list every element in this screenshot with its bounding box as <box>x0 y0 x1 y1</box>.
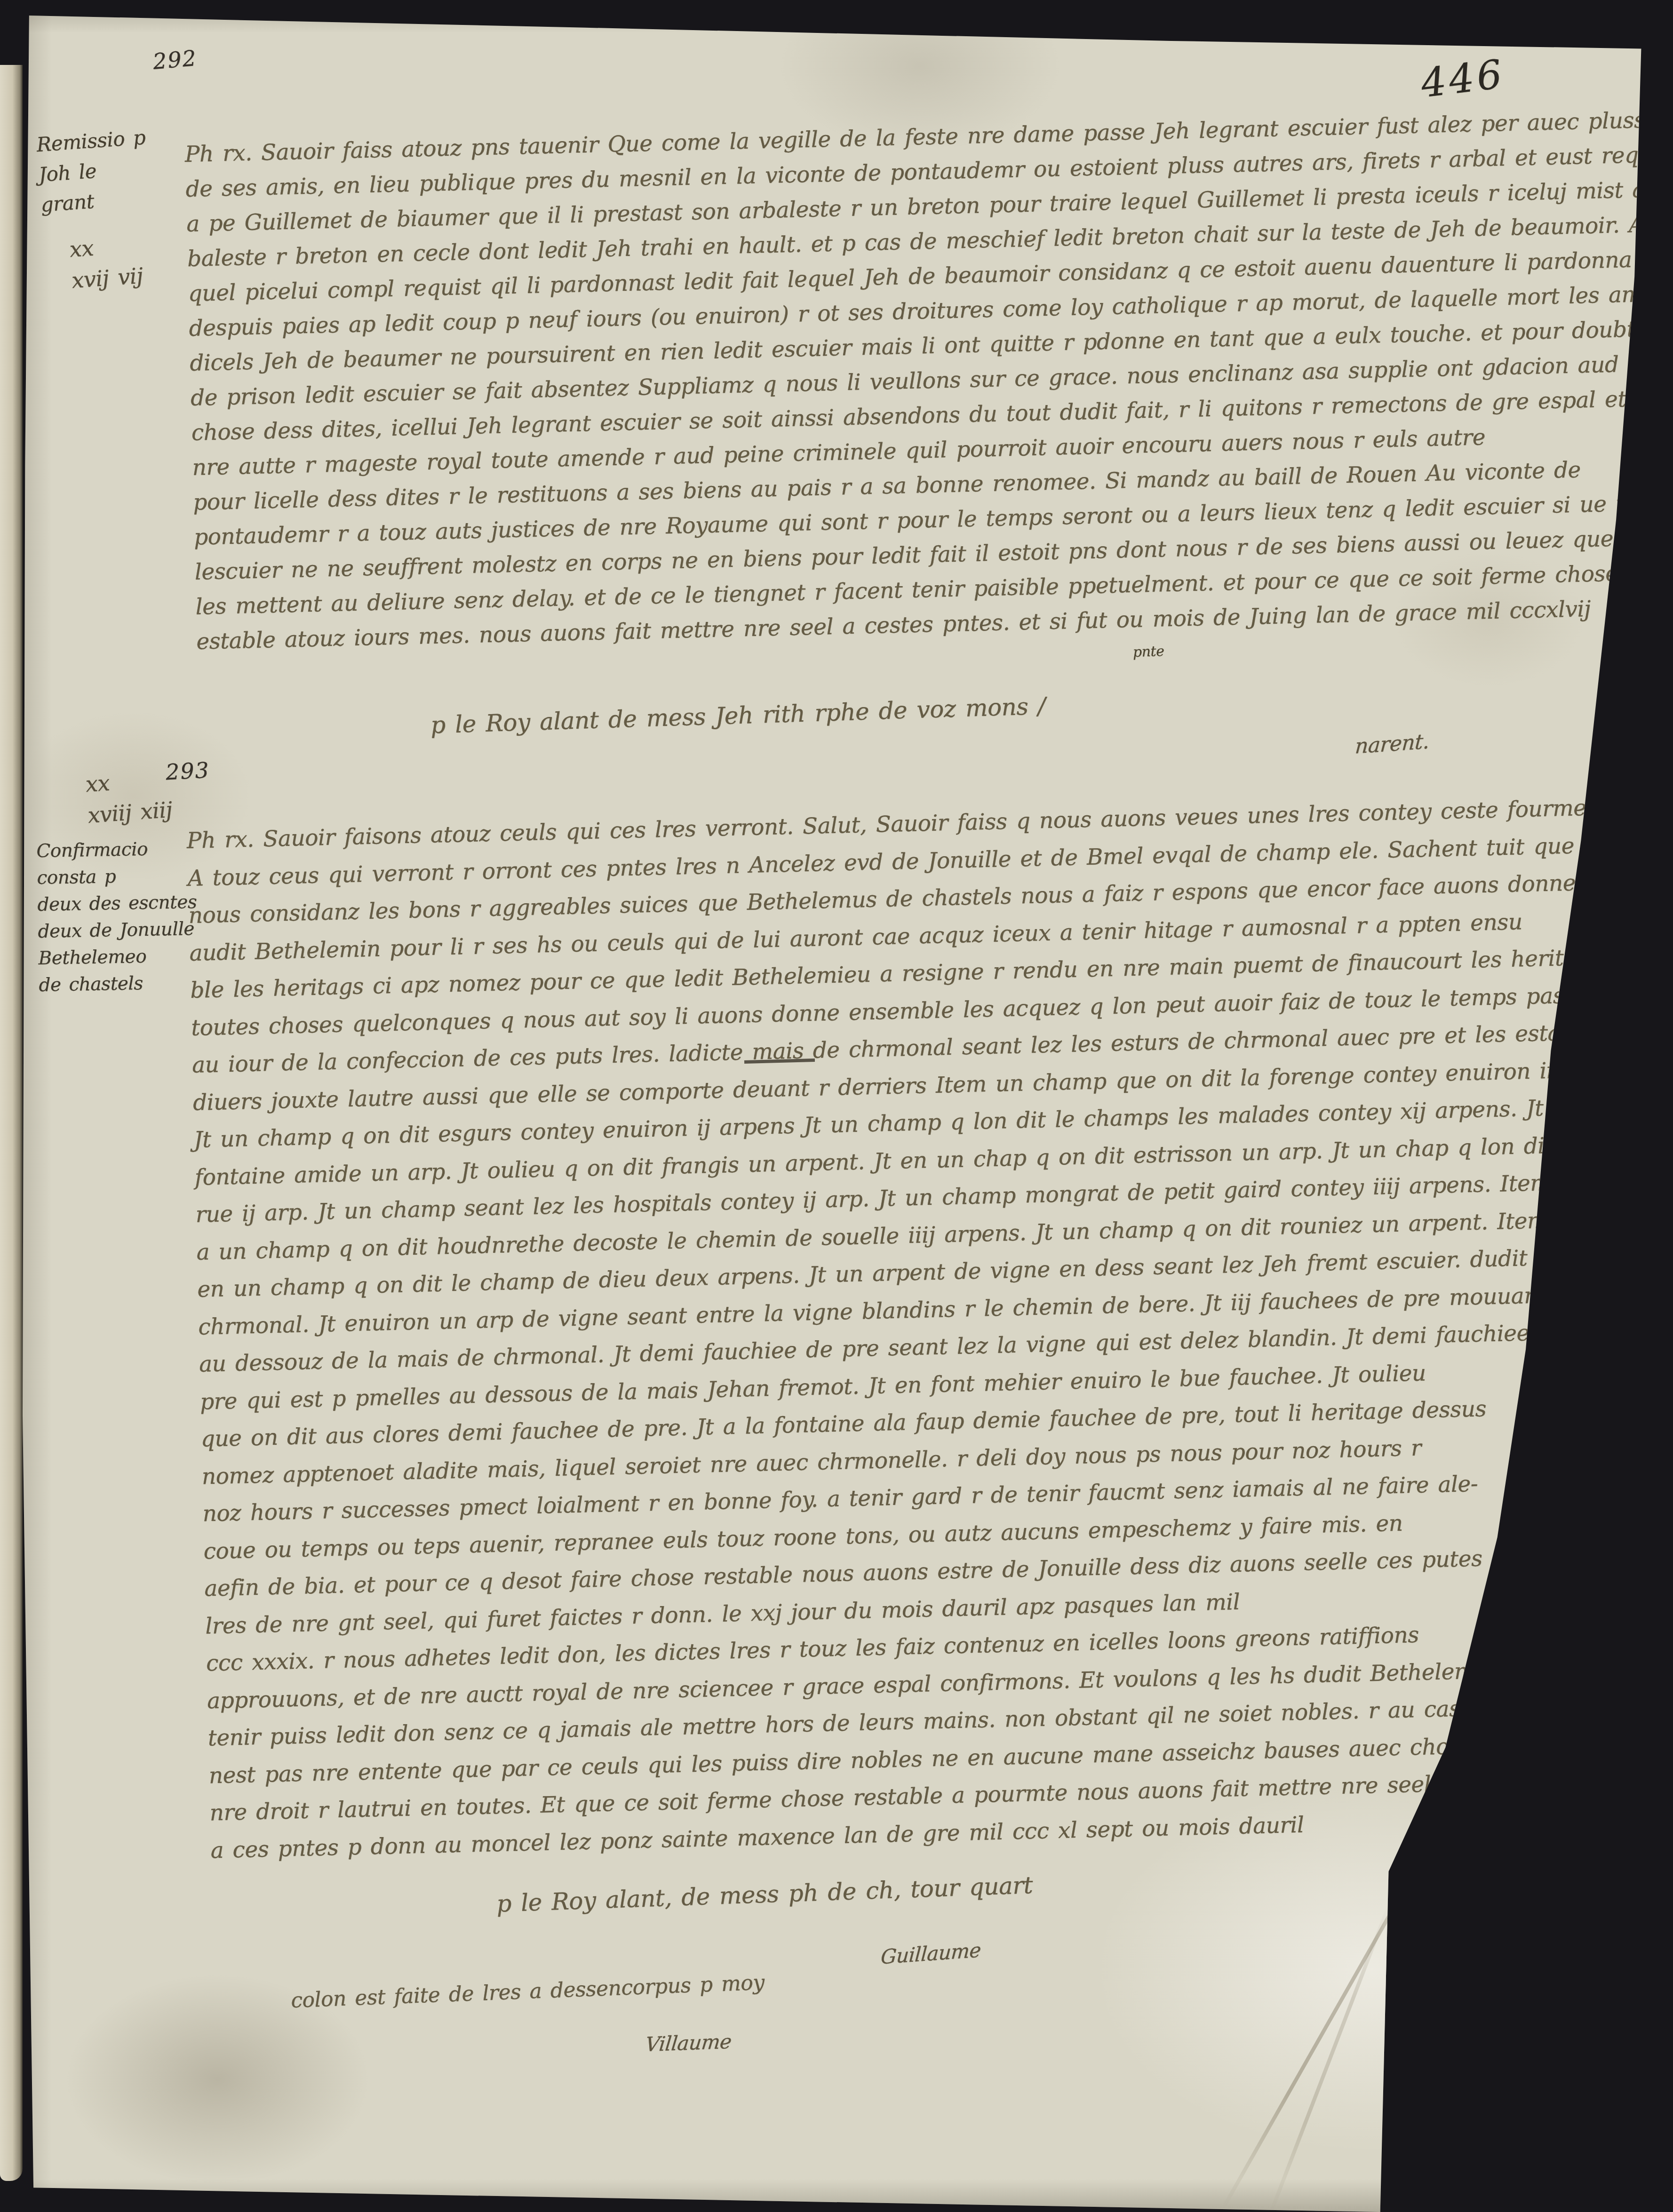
margin-note-line: Bethelemeo <box>38 942 198 972</box>
margin-note-line: deux de Jonuulle <box>38 915 198 945</box>
doc1-closing-line: p le Roy alant de mess Jeh rith rphe de … <box>430 692 1046 739</box>
doc2-delivery-note: colon est faite de lres a dessencorpus p… <box>290 1971 765 2013</box>
margin-note-line: Confirmacio <box>36 835 196 865</box>
margin-tally-line: xvij vij <box>71 260 144 296</box>
doc1-margin-note: Remissio pJoh legrant <box>36 122 151 220</box>
margin-tally-line: xx <box>69 229 142 265</box>
doc1-interline-note: pnte <box>1132 643 1164 660</box>
doc2-margin-note: Confirmacioconsta pdeux des escntesdeux … <box>36 835 199 999</box>
margin-note-line: de chastels <box>39 969 199 999</box>
manuscript-photo: 292 446 293 Remissio pJoh legrant xxxvij… <box>0 0 1673 2212</box>
doc2-second-signature: Villaume <box>644 2030 733 2056</box>
margin-note-line: deux des escntes <box>37 889 197 918</box>
margin-tally-line: xx <box>85 763 171 800</box>
doc2-signature: Guillaume <box>880 1938 982 1968</box>
parchment-page: 292 446 293 Remissio pJoh legrant xxxvij… <box>0 0 1673 2212</box>
underlying-page-edge <box>0 65 23 2181</box>
archive-number-446: 446 <box>1418 50 1507 106</box>
folio-number-293: 293 <box>165 757 211 785</box>
doc1-body: Ph rx. Sauoir faiss atouz pns tauenir Qu… <box>184 101 1673 660</box>
margin-tally-line: xviij xiij <box>87 794 173 831</box>
margin-note-line: consta p <box>37 862 197 891</box>
doc2-margin-tally: xxxviij xiij <box>85 763 174 831</box>
doc2-body: Ph rx. Sauoir faisons atouz ceuls qui ce… <box>186 787 1673 1869</box>
doc1-margin-tally: xxxvij vij <box>69 229 144 296</box>
doc1-signature: narent. <box>1354 729 1430 758</box>
page-crease <box>1269 1905 1390 2212</box>
page-crease <box>1222 1824 1442 2209</box>
doc2-closing-line: p le Roy alant, de mess ph de ch, tour q… <box>496 1871 1033 1918</box>
folio-number-292: 292 <box>152 45 198 74</box>
